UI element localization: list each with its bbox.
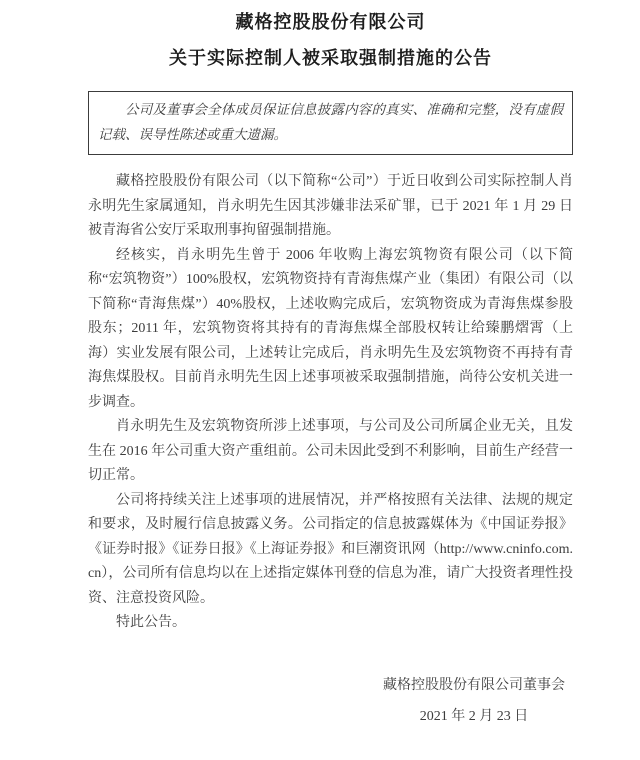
signature: 藏格控股股份有限公司董事会 [383,674,565,698]
page-subtitle: 关于实际控制人被采取强制措施的公告 [88,47,573,70]
body-paragraph-4: 公司将持续关注上述事项的进展情况，并严格按照有关法律、法规的规定和要求，及时履行… [88,489,573,612]
document-body: 藏格控股股份有限公司（以下简称“公司”）于近日收到公司实际控制人肖永明先生家属通… [88,170,573,636]
disclaimer-box: 公司及董事会全体成员保证信息披露内容的真实、准确和完整，没有虚假记载、误导性陈述… [88,91,573,155]
signature-inner: 藏格控股股份有限公司董事会 2021 年 2 月 23 日 [383,674,565,729]
body-paragraph-3: 肖永明先生及宏筑物资所涉上述事项，与公司及公司所属企业无关，且发生在 2016 … [88,415,573,489]
signature-block: 藏格控股股份有限公司董事会 2021 年 2 月 23 日 [88,674,573,729]
body-paragraph-1: 藏格控股股份有限公司（以下简称“公司”）于近日收到公司实际控制人肖永明先生家属通… [88,170,573,244]
page-title: 藏格控股股份有限公司 [88,11,573,34]
body-paragraph-closing: 特此公告。 [88,611,573,636]
body-paragraph-2: 经核实，肖永明先生曾于 2006 年收购上海宏筑物资有限公司（以下简称“宏筑物资… [88,244,573,416]
disclaimer-text: 公司及董事会全体成员保证信息披露内容的真实、准确和完整，没有虚假记载、误导性陈述… [98,97,563,147]
announcement-document: 藏格控股股份有限公司 关于实际控制人被采取强制措施的公告 公司及董事会全体成员保… [0,0,640,760]
date: 2021 年 2 月 23 日 [383,705,565,729]
